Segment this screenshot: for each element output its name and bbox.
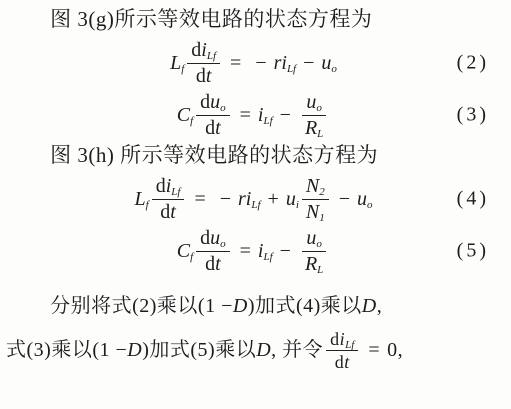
equation-2-row: LfdiLfdt=−riLf−uo (2) xyxy=(6,38,501,88)
closing-line-1-text: 分别将式(2)乘以(1 − D)加式(4)乘以 D, xyxy=(50,289,382,323)
equation-2-number: (2) xyxy=(457,52,489,75)
intro-line-fig3g: 图 3(g)所示等效电路的状态方程为 xyxy=(6,6,501,33)
intro-line-fig3h: 图 3(h) 所示等效电路的状态方程为 xyxy=(6,142,501,169)
equation-3-number: (3) xyxy=(457,104,489,127)
closing-paragraph-line-2: 式(3)乘以(1 − D)加式(5)乘以 D, 并令diLfdt=0, xyxy=(6,327,501,372)
equation-3-row: Cfduodt=iLf−uoRL (3) xyxy=(6,90,501,140)
equation-5-row: Cfduodt=iLf−uoRL (5) xyxy=(6,226,501,276)
equation-3-formula: Cfduodt=iLf−uoRL xyxy=(177,91,331,140)
equation-5-number: (5) xyxy=(457,240,489,263)
equation-4-number: (4) xyxy=(457,188,489,211)
closing-line-2-text: 式(3)乘以(1 − D)加式(5)乘以 D, 并令diLfdt=0, xyxy=(6,328,403,372)
closing-paragraph-line-1: 分别将式(2)乘以(1 − D)加式(4)乘以 D, xyxy=(6,288,501,323)
equation-4-formula: LfdiLfdt=−riLf+uiN2N1−uo xyxy=(135,175,373,224)
equation-4-row: LfdiLfdt=−riLf+uiN2N1−uo (4) xyxy=(6,174,501,224)
equation-5-formula: Cfduodt=iLf−uoRL xyxy=(177,227,331,276)
document-page: 图 3(g)所示等效电路的状态方程为 LfdiLfdt=−riLf−uo (2)… xyxy=(0,0,511,409)
equation-2-formula: LfdiLfdt=−riLf−uo xyxy=(170,39,337,88)
